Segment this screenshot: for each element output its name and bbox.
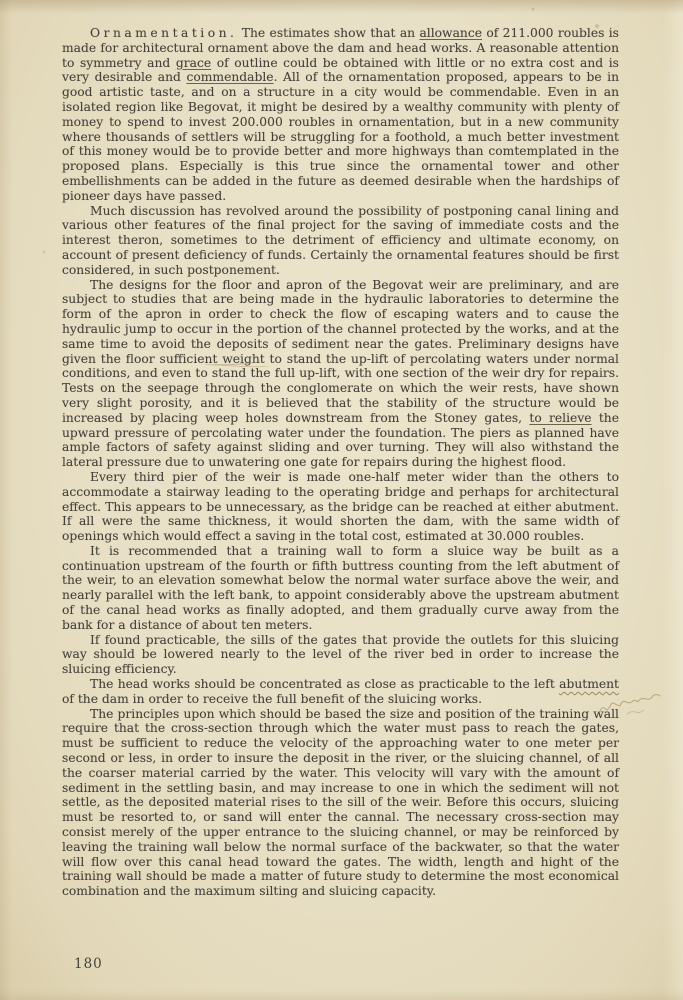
paragraph: The designs for the floor and apron of t… (62, 278, 619, 470)
paragraph: Every third pier of the weir is made one… (62, 470, 619, 544)
text-run: It is recommended that a training wall t… (62, 544, 619, 632)
page-number: 180 (74, 956, 103, 972)
text-run: grace (176, 56, 211, 70)
text-run: . All of the ornamentation proposed, app… (62, 70, 619, 202)
text-run: The principles upon which should be base… (62, 707, 619, 899)
section-heading: Ornamentation. (90, 26, 237, 40)
paragraph: The principles upon which should be base… (62, 707, 619, 899)
text-run: commendable (186, 70, 273, 84)
scanned-document-page: Ornamentation. The estimates show that a… (0, 0, 683, 1000)
text-run: Every third pier of the weir is made one… (62, 470, 619, 543)
paragraph: Much discussion has revolved around the … (62, 204, 619, 278)
paragraph: The head works should be concentrated as… (62, 677, 619, 707)
text-run: If found practicable, the sills of the g… (62, 633, 619, 677)
text-run: to relieve (529, 411, 591, 425)
paragraph: If found practicable, the sills of the g… (62, 633, 619, 677)
word-with-pencil-scribble: stand (212, 366, 246, 380)
paragraph: Ornamentation. The estimates show that a… (62, 26, 619, 204)
text-run: The head works should be concentrated as… (90, 677, 559, 691)
text-run: The designs for the floor and apron of t… (62, 278, 619, 381)
text-block: Ornamentation. The estimates show that a… (62, 26, 619, 899)
text-run: The estimates show that an (237, 26, 419, 40)
word-with-pencil-mark: abutment (559, 677, 619, 691)
text-run: of the dam in order to receive the full … (62, 692, 482, 706)
text-run: allowance (419, 26, 482, 40)
paragraph: It is recommended that a training wall t… (62, 544, 619, 633)
text-run: Much discussion has revolved around the … (62, 204, 619, 277)
